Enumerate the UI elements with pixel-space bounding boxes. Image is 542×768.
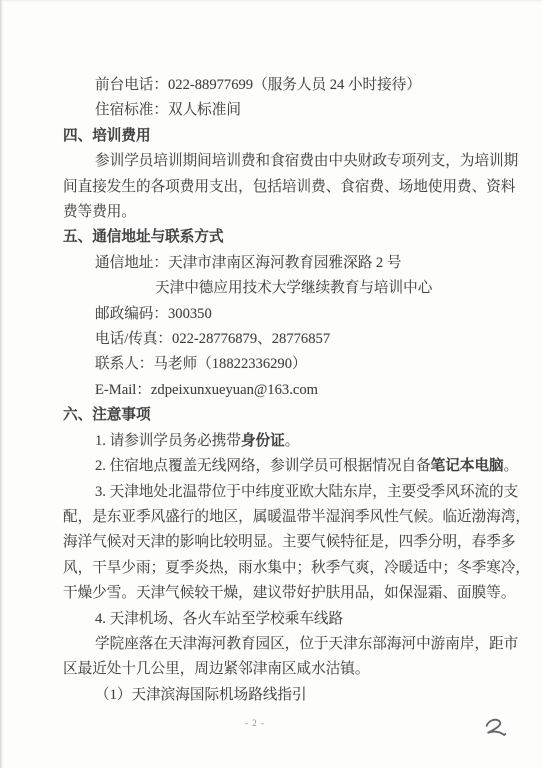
text-segment: 天津中德应用技术大学继续教育与培训中心	[155, 280, 432, 296]
text-segment: 费等费用。	[63, 204, 136, 220]
text-segment: 六、注意事项	[63, 407, 151, 423]
notice-item-1: 1. 请参训学员务必携带身份证。	[63, 429, 523, 454]
scan-edge-top-artifact	[0, 0, 542, 2]
training-fee-paragraph-line-1: 参训学员培训期间培训费和食宿费由中央财政专项列支，为培训期	[63, 149, 523, 174]
text-segment: 五、通信地址与联系方式	[63, 229, 224, 245]
section-heading-training-fee: 四、培训费用	[63, 124, 523, 149]
text-segment: 邮政编码：300350	[95, 306, 212, 322]
text-segment: 电话/传真：022-28776879、28776857	[95, 331, 330, 347]
training-fee-paragraph-line-3: 费等费用。	[63, 200, 523, 225]
text-segment: 4. 天津机场、各火车站至学校乘车线路	[95, 611, 343, 627]
mailing-address-line-1: 通信地址：天津市津南区海河教育园雅深路 2 号	[63, 251, 523, 276]
notice-item-3-line-5: 干燥少雪。天津气候较干燥，建议带好护肤用品，如保湿霜、面膜等。	[63, 581, 523, 606]
text-segment: 学院座落在天津海河教育园区，位于天津东部海河中游南岸，距市	[95, 636, 518, 652]
text-segment: 联系人：马老师（18822336290）	[95, 356, 307, 372]
section-heading-notes: 六、注意事项	[63, 403, 523, 428]
email-line: E-Mail：zdpeixunxueyuan@163.com	[63, 378, 523, 403]
training-fee-paragraph-line-2: 间直接发生的各项费用支出，包括培训费、食宿费、场地使用费、资料	[63, 175, 523, 200]
handwritten-2-icon	[482, 716, 511, 745]
text-segment: 通信地址：天津市津南区海河教育园雅深路 2 号	[95, 255, 401, 271]
text-segment: 前台电话：022-88977699（服务人员 24 小时接待）	[95, 77, 421, 93]
text-segment: 间直接发生的各项费用支出，包括培训费、食宿费、场地使用费、资料	[63, 179, 515, 195]
text-segment: 。	[285, 433, 300, 449]
emphasized-text: 笔记本电脑	[431, 458, 504, 474]
notice-item-2: 2. 住宿地点覆盖无线网络，参训学员可根据情况自备笔记本电脑。	[63, 454, 523, 479]
notice-item-3-line-4: 风，干旱少雨；夏季炎热，雨水集中；秋季气爽，冷暖适中；冬季寒冷，	[63, 556, 523, 581]
mailing-address-line-2: 天津中德应用技术大学继续教育与培训中心	[63, 276, 523, 301]
text-segment: 住宿标准：双人标准间	[95, 102, 241, 118]
notice-item-3-line-1: 3. 天津地处北温带位于中纬度亚欧大陆东岸，主要受季风环流的支	[63, 480, 523, 505]
text-segment: 配，是东亚季风盛行的地区，属暖温带半湿润季风性气候。临近渤海湾，	[63, 509, 530, 525]
text-segment: 2. 住宿地点覆盖无线网络，参训学员可根据情况自备	[95, 458, 431, 474]
notice-item-4: 4. 天津机场、各火车站至学校乘车线路	[63, 607, 523, 632]
handwritten-page-mark	[482, 716, 511, 745]
text-segment: 3. 天津地处北温带位于中纬度亚欧大陆东岸，主要受季风环流的支	[95, 484, 518, 500]
postal-code-line: 邮政编码：300350	[63, 302, 523, 327]
airport-route-heading-line: （1）天津滨海国际机场路线指引	[63, 683, 523, 708]
text-segment: 区最近处十几公里，周边紧邻津南区咸水沽镇。	[63, 661, 369, 677]
text-segment: 1. 请参训学员务必携带	[95, 433, 241, 449]
section-heading-contact: 五、通信地址与联系方式	[63, 225, 523, 250]
emphasized-text: 身份证	[241, 433, 285, 449]
campus-location-line-2: 区最近处十几公里，周边紧邻津南区咸水沽镇。	[63, 657, 523, 682]
text-segment: E-Mail：zdpeixunxueyuan@163.com	[95, 382, 318, 398]
lodging-standard-line: 住宿标准：双人标准间	[63, 98, 523, 123]
text-segment: 风，干旱少雨；夏季炎热，雨水集中；秋季气爽，冷暖适中；冬季寒冷，	[63, 560, 530, 576]
text-segment: （1）天津滨海国际机场路线指引	[95, 687, 307, 703]
text-segment: 。	[504, 458, 519, 474]
document-body: 前台电话：022-88977699（服务人员 24 小时接待）住宿标准：双人标准…	[63, 73, 523, 708]
scan-edge-left-artifact	[0, 0, 3, 768]
text-segment: 海洋气候对天津的影响比较明显。主要气候特征是，四季分明，春季多	[63, 534, 515, 550]
scanned-document-page: 前台电话：022-88977699（服务人员 24 小时接待）住宿标准：双人标准…	[0, 0, 542, 768]
phone-fax-line: 电话/传真：022-28776879、28776857	[63, 327, 523, 352]
text-segment: 参训学员培训期间培训费和食宿费由中央财政专项列支，为培训期	[95, 153, 518, 169]
notice-item-3-line-3: 海洋气候对天津的影响比较明显。主要气候特征是，四季分明，春季多	[63, 530, 523, 555]
text-segment: 干燥少雪。天津气候较干燥，建议带好护肤用品，如保湿霜、面膜等。	[63, 585, 515, 601]
campus-location-line-1: 学院座落在天津海河教育园区，位于天津东部海河中游南岸，距市	[63, 632, 523, 657]
contact-person-line: 联系人：马老师（18822336290）	[63, 352, 523, 377]
notice-item-3-line-2: 配，是东亚季风盛行的地区，属暖温带半湿润季风性气候。临近渤海湾，	[63, 505, 523, 530]
text-segment: 四、培训费用	[63, 128, 151, 144]
page-number: - 2 -	[245, 718, 265, 728]
front-desk-phone-line: 前台电话：022-88977699（服务人员 24 小时接待）	[63, 73, 523, 98]
